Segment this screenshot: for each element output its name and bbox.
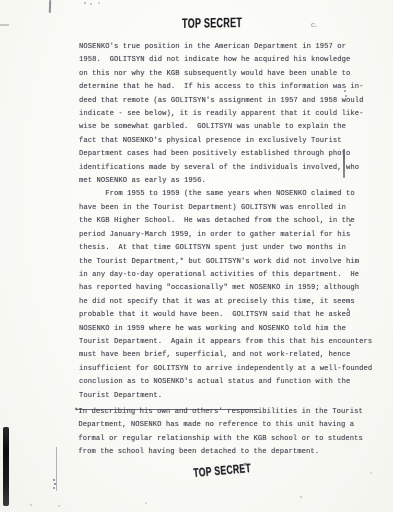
text-line: the KGB Higher School. He was detached f… bbox=[79, 215, 372, 228]
text-line: Department cases had been positively est… bbox=[79, 148, 372, 161]
scan-artifact-right-margin-bar bbox=[343, 149, 345, 178]
scan-artifact-right-dot bbox=[347, 308, 349, 311]
text-line: formal or regular relationship with the … bbox=[74, 433, 363, 446]
text-line: probable that it would have been. GOLITS… bbox=[79, 309, 372, 322]
text-line: NOSENKO in 1959 where he was working and… bbox=[79, 323, 372, 336]
text-line: NOSENKO's true position in the American … bbox=[79, 41, 372, 54]
scan-artifact-right-colon bbox=[349, 220, 351, 222]
scan-artifact-topleft-tick bbox=[49, 0, 51, 13]
text-line: indicate - see below), it is readily app… bbox=[79, 108, 372, 121]
text-line: 1958. GOLITSYN did not indicate how he a… bbox=[79, 54, 372, 67]
text-line: *In describing his own and others' respo… bbox=[74, 406, 363, 419]
scan-artifact-right-specks bbox=[344, 86, 346, 88]
text-line: thesis. At that time GOLITSYN spent just… bbox=[79, 242, 372, 255]
text-line: the Tourist Department,* but GOLITSYN's … bbox=[79, 256, 372, 269]
text-line: conclusion as to NOSENKO's actual status… bbox=[79, 376, 372, 389]
scan-artifact-bottom-dots bbox=[30, 504, 32, 506]
text-line: deed that remote (as GOLITSYN's assignme… bbox=[79, 95, 372, 108]
document-page: TOP SECRET c. NOSENKO's true position in… bbox=[0, 0, 393, 512]
scan-artifact-topleft-dash bbox=[0, 24, 9, 26]
scan-artifact-top-specks bbox=[84, 2, 86, 4]
scan-artifact-left-squiggle bbox=[53, 479, 55, 481]
text-line: have been in the Tourist Department) GOL… bbox=[79, 202, 372, 215]
text-line: fact that NOSENKO's physical presence in… bbox=[79, 135, 372, 148]
text-line: determine that he had. If his access to … bbox=[79, 81, 372, 94]
text-line: in any day-to-day operational activities… bbox=[79, 269, 372, 282]
scan-artifact-left-edge-bar bbox=[3, 427, 9, 506]
document-body: NOSENKO's true position in the American … bbox=[79, 41, 372, 403]
corner-annotation: c. bbox=[311, 21, 317, 29]
text-line: insufficient for GOLITSYN to arrive inde… bbox=[79, 363, 372, 376]
text-line: must have been brief, superficial, and n… bbox=[79, 349, 372, 362]
text-line: Tourist Department. Again it appears fro… bbox=[79, 336, 372, 349]
footnote: *In describing his own and others' respo… bbox=[74, 406, 363, 460]
text-line: he did not specify that it was at precis… bbox=[79, 296, 372, 309]
top-secret-header-stamp: TOP SECRET bbox=[182, 15, 242, 31]
text-line: met NOSENKO as early as 1956. bbox=[79, 175, 372, 188]
text-line: period January-March 1959, in order to g… bbox=[79, 229, 372, 242]
text-line: on this nor why the KGB subsequently wou… bbox=[79, 68, 372, 81]
text-line: has reported having "occasionally" met N… bbox=[79, 282, 372, 295]
text-line: wise be somewhat garbled. GOLITSYN was u… bbox=[79, 121, 372, 134]
text-line: from the school having been detached to … bbox=[74, 446, 363, 459]
text-line: identifications made by several of the i… bbox=[79, 162, 372, 175]
scan-artifact-left-thin-line bbox=[56, 447, 57, 491]
text-line: Tourist Department. bbox=[79, 390, 372, 403]
text-line: From 1955 to 1959 (the same years when N… bbox=[79, 188, 372, 201]
text-line: Department, NOSENKO has made no referenc… bbox=[74, 419, 363, 432]
